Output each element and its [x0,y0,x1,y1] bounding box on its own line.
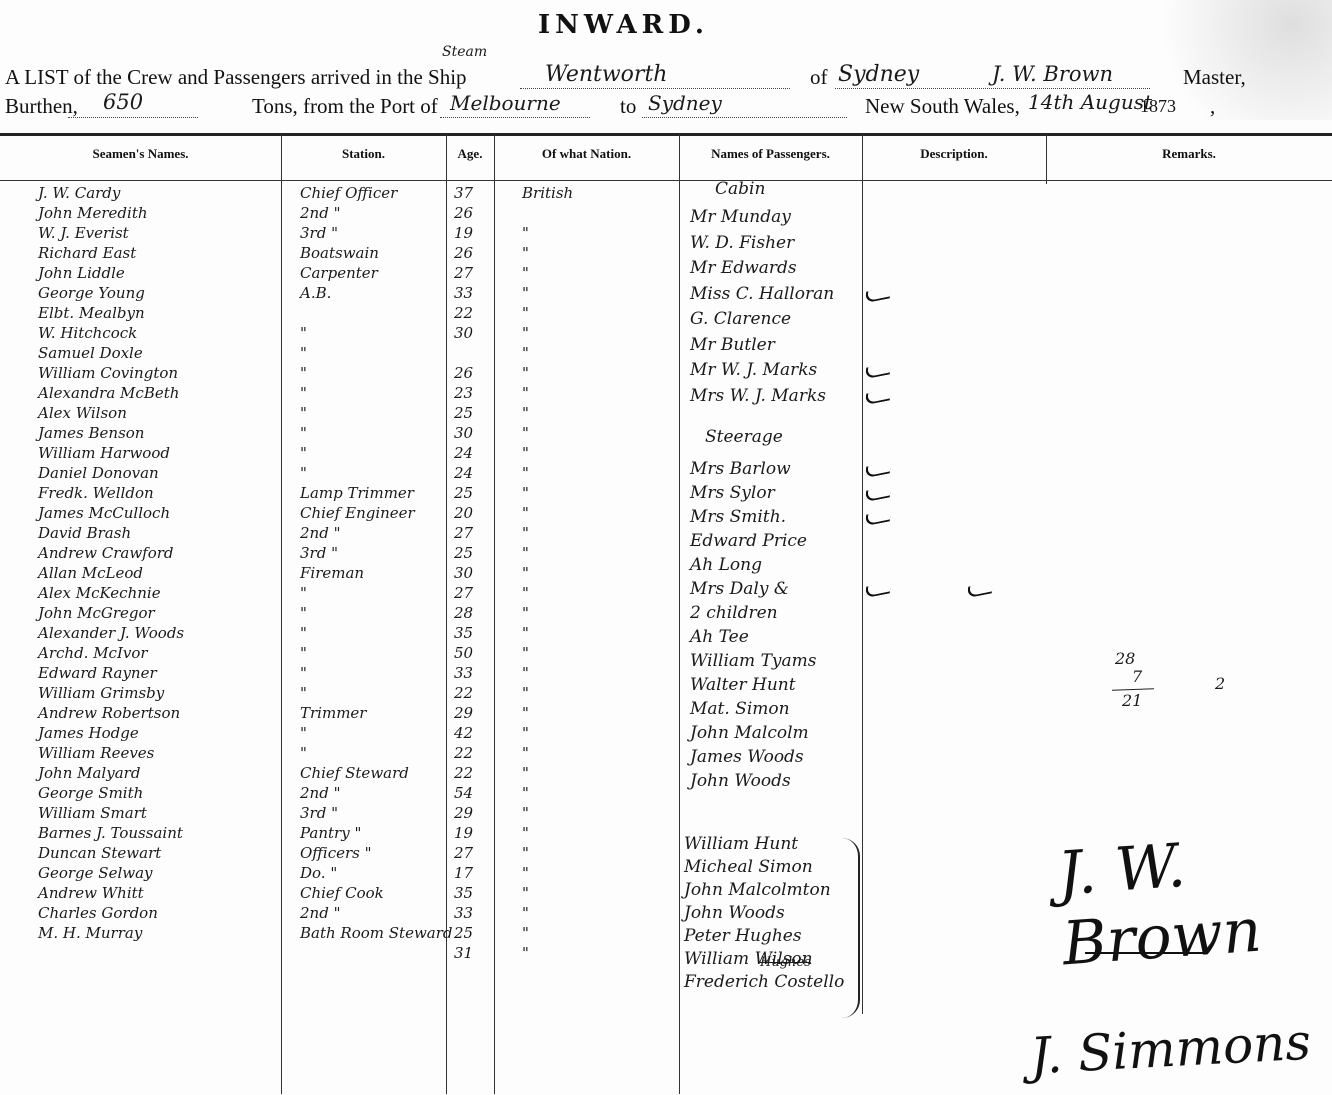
seaman-station: 2nd " [300,784,340,802]
document-title: INWARD. [538,10,709,40]
seaman-nation: " [522,844,529,862]
seaman-nation: British [522,184,573,202]
passenger-name: Mrs Smith. [690,508,786,526]
check-mark-icon [864,286,891,303]
passenger-name: Mrs W. J. Marks [690,387,826,405]
seaman-name: John Malyard [38,764,140,782]
seaman-age: 20 [454,504,473,522]
seaman-station: " [300,644,307,662]
seaman-age: 29 [454,704,473,722]
burthen-value: 650 [103,90,143,114]
check-mark-icon [864,462,891,479]
to-port-field-line [642,117,847,118]
to-port: Sydney [648,91,722,115]
seaman-name: Alex McKechnie [38,584,161,602]
seaman-name: William Smart [38,804,147,822]
steerage-heading: Steerage [705,428,783,446]
immigration-manifest-page: INWARD. A LIST of the Crew and Passenger… [0,0,1332,1095]
from-port: Melbourne [450,91,561,115]
seaman-age: 50 [454,644,473,662]
seaman-age: 25 [454,484,473,502]
seaman-age: 35 [454,884,473,902]
seaman-station: " [300,744,307,762]
seaman-nation: " [522,804,529,822]
column-divider [679,134,680,1094]
port-master-field-line [835,88,1150,89]
seaman-station: 2nd " [300,204,340,222]
seaman-nation: " [522,344,529,362]
seaman-nation: " [522,944,529,962]
seaman-station: 3rd " [300,804,338,822]
header-line-1: A LIST of the Crew and Passengers arrive… [5,65,467,90]
column-header-passenger-names: Names of Passengers. [679,146,862,162]
seaman-name: William Reeves [38,744,154,762]
seaman-name: James Hodge [38,724,139,742]
passenger-name: Mat. Simon [690,700,790,718]
seaman-nation: " [522,504,529,522]
seaman-station: 3rd " [300,224,338,242]
seaman-name: Samuel Doxle [38,344,143,362]
passenger-name: Ah Tee [690,628,749,646]
seaman-name: Andrew Whitt [38,884,144,902]
table-top-rule [0,133,1332,136]
remarks-tally-total: 21 [1122,692,1142,710]
seaman-nation: " [522,904,529,922]
passenger-name: Micheal Simon [684,858,813,876]
seaman-age: 22 [454,304,473,322]
seaman-station: Fireman [300,564,364,582]
seaman-age: 27 [454,584,473,602]
seaman-name: William Harwood [38,444,170,462]
seaman-station: " [300,344,307,362]
seaman-age: 23 [454,384,473,402]
passenger-name: Frederich Costello [684,973,844,991]
seaman-station: Do. " [300,864,337,882]
seaman-station: " [300,404,307,422]
seaman-station: Boatswain [300,244,379,262]
trailing-comma: , [1210,94,1215,119]
seaman-nation: " [522,384,529,402]
seaman-name: George Smith [38,784,143,802]
master-signature: J. W. Brown [1055,821,1332,980]
seaman-name: James McCulloch [38,504,170,522]
passenger-name: Mr Butler [690,336,775,354]
column-header-age: Age. [446,146,494,162]
seaman-nation: " [522,424,529,442]
seaman-nation: " [522,704,529,722]
check-mark-icon [966,582,993,599]
passenger-name: Mr W. J. Marks [690,361,817,379]
seaman-name: Alex Wilson [38,404,127,422]
seaman-station: 2nd " [300,524,340,542]
seaman-name: John McGregor [38,604,155,622]
seaman-name: Alexandra McBeth [38,384,179,402]
seaman-age: 33 [454,284,473,302]
home-port: Sydney [838,62,919,87]
seaman-age: 27 [454,844,473,862]
seaman-station: " [300,384,307,402]
master-name: J. W. Brown [992,62,1113,86]
passenger-name: William Hunt [684,835,798,853]
seaman-age: 25 [454,924,473,942]
seaman-age: 19 [454,224,473,242]
seaman-name: George Selway [38,864,153,882]
seaman-station: 2nd " [300,904,340,922]
tons-from-port-label: Tons, from the Port of [252,94,438,119]
seaman-nation: " [522,924,529,942]
seaman-name: Edward Rayner [38,664,157,682]
seaman-name: James Benson [38,424,144,442]
seaman-name: David Brash [38,524,131,542]
seaman-nation: " [522,564,529,582]
seaman-age: 25 [454,544,473,562]
passenger-name: Walter Hunt [690,676,796,694]
seaman-nation: " [522,524,529,542]
seaman-nation: " [522,604,529,622]
seaman-age: 25 [454,404,473,422]
passenger-name: John Woods [690,772,791,790]
column-divider [281,134,282,1094]
seaman-name: John Meredith [38,204,148,222]
passenger-name: John Malcolm [690,724,809,742]
seaman-age: 24 [454,444,473,462]
burthen-field-line [68,117,198,118]
seaman-age: 24 [454,464,473,482]
seaman-station: Trimmer [300,704,366,722]
passenger-name: Mrs Daly & [690,580,789,598]
seaman-nation: " [522,464,529,482]
bracket-grouping [838,838,860,1018]
seaman-age: 31 [454,944,473,962]
column-header-nation: Of what Nation. [494,146,679,162]
passenger-name: Mrs Sylor [690,484,775,502]
seaman-nation: " [522,744,529,762]
passenger-name: 2 children [690,604,778,622]
seaman-name: Richard East [38,244,136,262]
table-header-rule [0,180,1332,181]
passenger-name: Miss C. Halloran [690,285,834,303]
remarks-tally-side: 2 [1215,675,1225,693]
passenger-name: Peter Hughes [684,927,802,945]
passenger-name: Ah Long [690,556,762,574]
passenger-name: Edward Price [690,532,807,550]
cabin-heading: Cabin [715,180,765,198]
seaman-name: William Grimsby [38,684,164,702]
seaman-station: " [300,684,307,702]
seaman-station: " [300,324,307,342]
column-divider [446,134,447,1094]
seaman-age: 37 [454,184,473,202]
seaman-station: " [300,364,307,382]
seaman-age: 54 [454,784,473,802]
ship-label: Ship [428,65,467,89]
seaman-nation: " [522,364,529,382]
column-header-seamen-names: Seamen's Names. [0,146,281,162]
seaman-name: John Liddle [38,264,125,282]
passenger-name: John Malcolmton [684,881,831,899]
seaman-age: 30 [454,424,473,442]
check-mark-icon [864,510,891,527]
seaman-station: Carpenter [300,264,378,282]
seaman-station: Pantry " [300,824,361,842]
column-header-remarks: Remarks. [1046,146,1332,162]
seaman-station: A.B. [300,284,331,302]
seaman-name: Andrew Crawford [38,544,174,562]
column-divider [494,134,495,1094]
seaman-age: 35 [454,624,473,642]
check-mark-icon [864,363,891,380]
colony-label: New South Wales, [865,94,1020,119]
seaman-station: " [300,464,307,482]
to-label: to [620,94,636,119]
seaman-station: 3rd " [300,544,338,562]
seaman-nation: " [522,584,529,602]
ship-type-insert: Steam [442,44,487,60]
seaman-nation: " [522,724,529,742]
seaman-name: Fredk. Welldon [38,484,154,502]
ship-name-field-line [520,88,790,89]
passenger-name: Mr Edwards [690,259,797,277]
seaman-nation: " [522,624,529,642]
seaman-nation: " [522,284,529,302]
arrival-year: 1873 [1140,96,1176,117]
seaman-station: Chief Engineer [300,504,415,522]
seaman-station: Lamp Trimmer [300,484,414,502]
seaman-name: W. J. Everist [38,224,129,242]
seaman-station: " [300,584,307,602]
passenger-name: William Tyams [690,652,817,670]
ship-name: Wentworth [545,62,667,87]
seaman-nation: " [522,644,529,662]
seaman-age: 28 [454,604,473,622]
list-intro-text: A LIST of the Crew and Passengers arrive… [5,65,423,89]
second-signature: J. Simmons [1029,1013,1313,1086]
arrival-date: 14th August [1028,90,1152,114]
seaman-nation: " [522,324,529,342]
seaman-station: Chief Cook [300,884,384,902]
struck-surname: Hughes [760,954,811,972]
check-mark-icon [864,486,891,503]
seaman-station: " [300,624,307,642]
seaman-name: Elbt. Mealbyn [38,304,145,322]
seaman-age: 33 [454,904,473,922]
seaman-nation: " [522,864,529,882]
seaman-nation: " [522,764,529,782]
seaman-nation: " [522,244,529,262]
seaman-name: M. H. Murray [38,924,142,942]
passenger-name: Mrs Barlow [690,460,791,478]
seaman-age: 27 [454,264,473,282]
seaman-age: 17 [454,864,473,882]
seaman-age: 30 [454,564,473,582]
seaman-name: W. Hitchcock [38,324,137,342]
passenger-name: G. Clarence [690,310,791,328]
seaman-station: Bath Room Steward [300,924,453,942]
seaman-nation: " [522,544,529,562]
remarks-tally-top: 28 [1115,650,1135,668]
seaman-station: Officers " [300,844,372,862]
seaman-station: Chief Officer [300,184,397,202]
passenger-name: W. D. Fisher [690,234,794,252]
column-header-station: Station. [281,146,446,162]
seaman-nation: " [522,404,529,422]
seaman-name: Duncan Stewart [38,844,161,862]
seaman-name: Archd. McIvor [38,644,148,662]
seaman-nation: " [522,824,529,842]
seaman-name: Alexander J. Woods [38,624,184,642]
burthen-label: Burthen, [5,94,78,119]
seaman-nation: " [522,264,529,282]
seaman-age: 30 [454,324,473,342]
seaman-station: " [300,724,307,742]
seaman-nation: " [522,664,529,682]
seaman-station: " [300,664,307,682]
seaman-name: Daniel Donovan [38,464,159,482]
column-header-description: Description. [862,146,1046,162]
check-mark-icon [864,388,891,405]
seaman-name: Andrew Robertson [38,704,180,722]
seaman-age: 26 [454,364,473,382]
seaman-nation: " [522,224,529,242]
seaman-nation: " [522,884,529,902]
check-mark-icon [864,582,891,599]
seaman-age: 22 [454,744,473,762]
seaman-age: 19 [454,824,473,842]
seaman-nation: " [522,484,529,502]
seaman-age: 42 [454,724,473,742]
seaman-station: " [300,424,307,442]
seaman-age: 27 [454,524,473,542]
passenger-name: John Woods [684,904,785,922]
passenger-name: James Woods [690,748,804,766]
seaman-age: 22 [454,684,473,702]
seaman-name: Barnes J. Toussaint [38,824,183,842]
seaman-name: Allan McLeod [38,564,143,582]
seaman-name: J. W. Cardy [38,184,120,202]
from-port-field-line [440,117,590,118]
seaman-station: " [300,444,307,462]
seaman-age: 22 [454,764,473,782]
column-divider [862,134,863,1014]
seaman-nation: " [522,444,529,462]
seaman-age: 33 [454,664,473,682]
seaman-name: Charles Gordon [38,904,158,922]
signature-underline [1085,952,1203,954]
seaman-name: George Young [38,284,145,302]
seaman-age: 26 [454,204,473,222]
passenger-name: Mr Munday [690,208,791,226]
seaman-station: " [300,604,307,622]
seaman-age: 29 [454,804,473,822]
seaman-nation: " [522,784,529,802]
seaman-nation: " [522,684,529,702]
remarks-tally-mid: 7 [1132,668,1142,686]
seaman-age: 26 [454,244,473,262]
seaman-name: William Covington [38,364,178,382]
of-label: of [810,65,828,90]
seaman-nation: " [522,304,529,322]
master-label: Master, [1183,65,1246,90]
seaman-station: Chief Steward [300,764,409,782]
